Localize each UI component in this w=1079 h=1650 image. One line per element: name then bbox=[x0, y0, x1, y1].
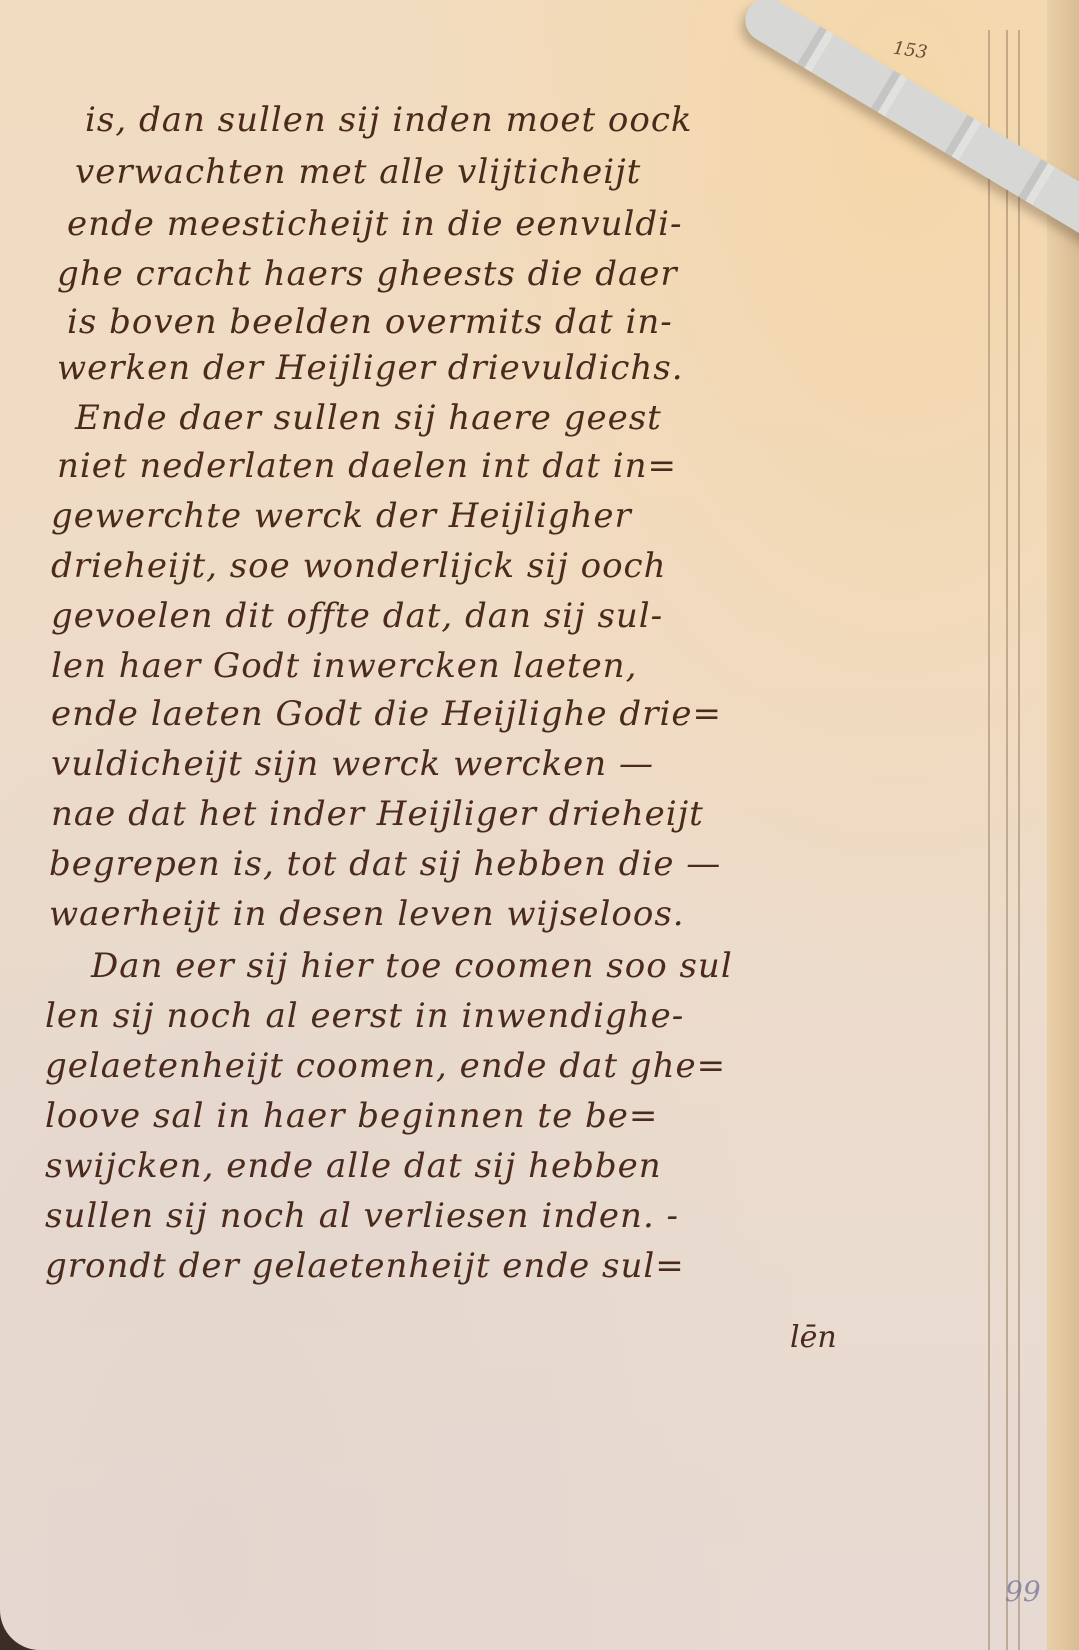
text-line: begrepen is, tot dat sij hebben die — bbox=[49, 844, 721, 884]
text-line: is, dan sullen sij inden moet oock bbox=[85, 100, 693, 140]
text-line: sullen sij noch al verliesen inden. - bbox=[45, 1196, 679, 1236]
text-line: verwachten met alle vlijticheijt bbox=[75, 152, 641, 192]
catchword: lēn bbox=[790, 1320, 837, 1355]
text-line: ende laeten Godt die Heijlighe drie= bbox=[51, 694, 722, 734]
text-line: loove sal in haer beginnen te be= bbox=[45, 1096, 658, 1136]
page-edge-line bbox=[1006, 30, 1008, 1650]
text-line: waerheijt in desen leven wijseloos. bbox=[49, 894, 685, 934]
text-line: nae dat het inder Heijliger drieheijt bbox=[51, 794, 704, 834]
text-line: Dan eer sij hier toe coomen soo sul bbox=[91, 946, 733, 986]
text-line: vuldicheijt sijn werck wercken — bbox=[51, 744, 654, 784]
page-edge-line bbox=[988, 30, 990, 1650]
folio-number-bottom: 99 bbox=[1005, 1575, 1041, 1608]
text-line: werken der Heijliger drievuldichs. bbox=[57, 348, 684, 388]
text-line: grondt der gelaetenheijt ende sul= bbox=[45, 1246, 685, 1286]
page-edge-stack bbox=[1047, 0, 1079, 1650]
text-line: Ende daer sullen sij haere geest bbox=[75, 398, 662, 438]
folio-number-top: 153 bbox=[892, 38, 929, 64]
text-line: niet nederlaten daelen int dat in= bbox=[57, 446, 677, 486]
text-line: gewerchte werck der Heijligher bbox=[51, 496, 632, 536]
text-line: gevoelen dit offte dat, dan sij sul- bbox=[51, 596, 663, 636]
text-line: swijcken, ende alle dat sij hebben bbox=[45, 1146, 662, 1186]
text-line: ghe cracht haers gheests die daer bbox=[57, 254, 678, 294]
text-line: gelaetenheijt coomen, ende dat ghe= bbox=[45, 1046, 726, 1086]
page-edge-line bbox=[1018, 30, 1020, 1650]
text-line: is boven beelden overmits dat in- bbox=[67, 302, 673, 342]
text-line: ende meesticheijt in die eenvuldi- bbox=[67, 204, 683, 244]
manuscript-page: 153 is, dan sullen sij inden moet oock v… bbox=[0, 0, 1060, 1650]
text-line: len haer Godt inwercken laeten, bbox=[51, 646, 637, 686]
text-line: drieheijt, soe wonderlijck sij ooch bbox=[51, 546, 666, 586]
text-line: len sij noch al eerst in inwendighe- bbox=[45, 996, 684, 1036]
